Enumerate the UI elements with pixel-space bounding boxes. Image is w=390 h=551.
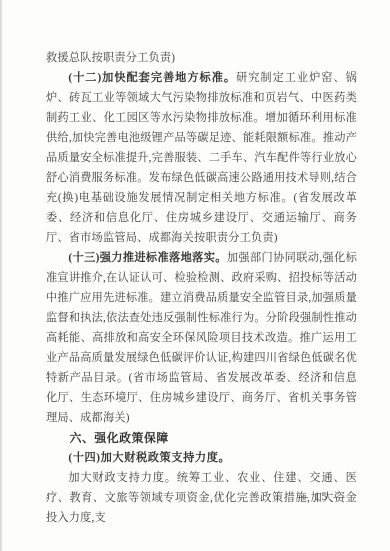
paragraph-item-13-text: 加强部门协同联动,强化标准宣讲推介,在认证认可、检验检测、政府采购、招投标等活动… <box>46 252 357 424</box>
document-page: 救援总队按职责分工负责) (十二)加快配套完善地方标准。研究制定工业炉窑、锅炉、… <box>0 0 390 551</box>
paragraph-item-12-lead: (十二)加快配套完善地方标准。 <box>68 72 236 84</box>
scan-edge-shadow <box>0 0 3 551</box>
paragraph-item-13: (十三)强力推进标准落地落实。加强部门协同联动,强化标准宣讲推介,在认证认可、检… <box>46 248 357 428</box>
paragraph-item-14-lead: 加大财政支持力度。 <box>68 472 176 484</box>
paragraph-item-12-text: 研究制定工业炉窑、锅炉、砖瓦工业等领域大气污染物排放标准和页岩气、中医药类制药工… <box>46 72 357 244</box>
page-number: — 15 — <box>297 488 346 506</box>
document-body: 救援总队按职责分工负责) (十二)加快配套完善地方标准。研究制定工业炉窑、锅炉、… <box>46 48 357 528</box>
paragraph-item-13-lead: (十三)强力推进标准落地落实。 <box>68 252 226 264</box>
paragraph-continuation: 救援总队按职责分工负责) <box>46 48 357 68</box>
paragraph-item-12: (十二)加快配套完善地方标准。研究制定工业炉窑、锅炉、砖瓦工业等领域大气污染物排… <box>46 68 357 248</box>
section-heading-6: 六、强化政策保障 <box>46 428 357 448</box>
paragraph-item-14-heading: (十四)加大财税政策支持力度。 <box>46 448 357 468</box>
